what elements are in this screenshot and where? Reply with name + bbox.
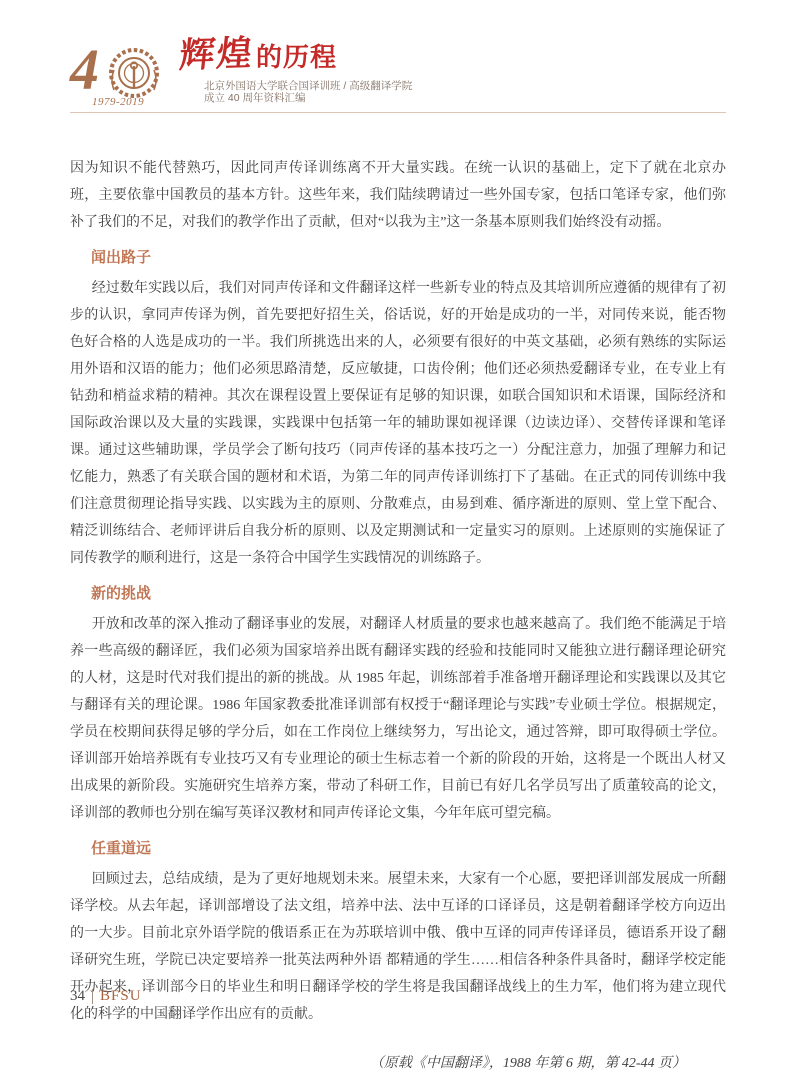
header-row: 4 1979-2019 辉煌 的历程: [70, 42, 726, 106]
footer-brand-label: BFSU: [100, 988, 142, 1005]
anniversary-40-logo: 4 1979-2019: [70, 42, 174, 106]
page-number: 34: [70, 988, 85, 1005]
page-header: 4 1979-2019 辉煌 的历程: [70, 42, 726, 113]
section-heading-3: 任重道远: [91, 839, 726, 859]
section-paragraph-1: 经过数年实践以后，我们对同声传译和文件翻译这样一些新专业的特点及其培训所应遵循的…: [70, 275, 726, 572]
header-divider-rule: [70, 112, 726, 113]
un-wreath-emblem-icon: [100, 46, 162, 102]
title-calligraphy: 辉煌: [177, 26, 257, 79]
section-paragraph-2: 开放和改革的深入推动了翻译事业的发展，对翻译人材质量的要求也越来越高了。我们绝不…: [70, 611, 726, 827]
article-body: 因为知识不能代替熟巧，因此同声传译训练离不开大量实践。在统一认识的基础上，定下了…: [70, 155, 726, 1076]
subtitle-line-2: 成立 40 周年资料汇编: [204, 92, 412, 104]
source-citation: （原载《中国翻译》，1988 年第 6 期，第 42-44 页）: [70, 1052, 686, 1076]
header-subtitle: 北京外国语大学联合国译训班 / 高级翻译学院 成立 40 周年资料汇编: [204, 80, 412, 104]
section-heading-1: 闻出路子: [91, 248, 726, 268]
page-footer: 34 BFSU: [70, 988, 142, 1005]
section-paragraph-3: 回顾过去，总结成绩，是为了更好地规划未来。展望未来，大家有一个心愿，要把译训部发…: [70, 866, 726, 1028]
subtitle-line-1: 北京外国语大学联合国译训班 / 高级翻译学院: [204, 80, 412, 92]
section-heading-2: 新的挑战: [91, 584, 726, 604]
header-title-block: 辉煌 的历程 北京外国语大学联合国译训班 / 高级翻译学院 成立 40 周年资料…: [180, 27, 412, 106]
intro-paragraph: 因为知识不能代替熟巧，因此同声传译训练离不开大量实践。在统一认识的基础上，定下了…: [70, 155, 726, 236]
title-rest: 的历程: [256, 37, 337, 74]
logo-digit-4: 4: [70, 38, 99, 102]
header-title: 辉煌 的历程: [180, 27, 412, 77]
footer-divider: [92, 989, 93, 1004]
document-page: 4 1979-2019 辉煌 的历程: [0, 0, 794, 1078]
logo-years-label: 1979-2019: [92, 96, 144, 108]
